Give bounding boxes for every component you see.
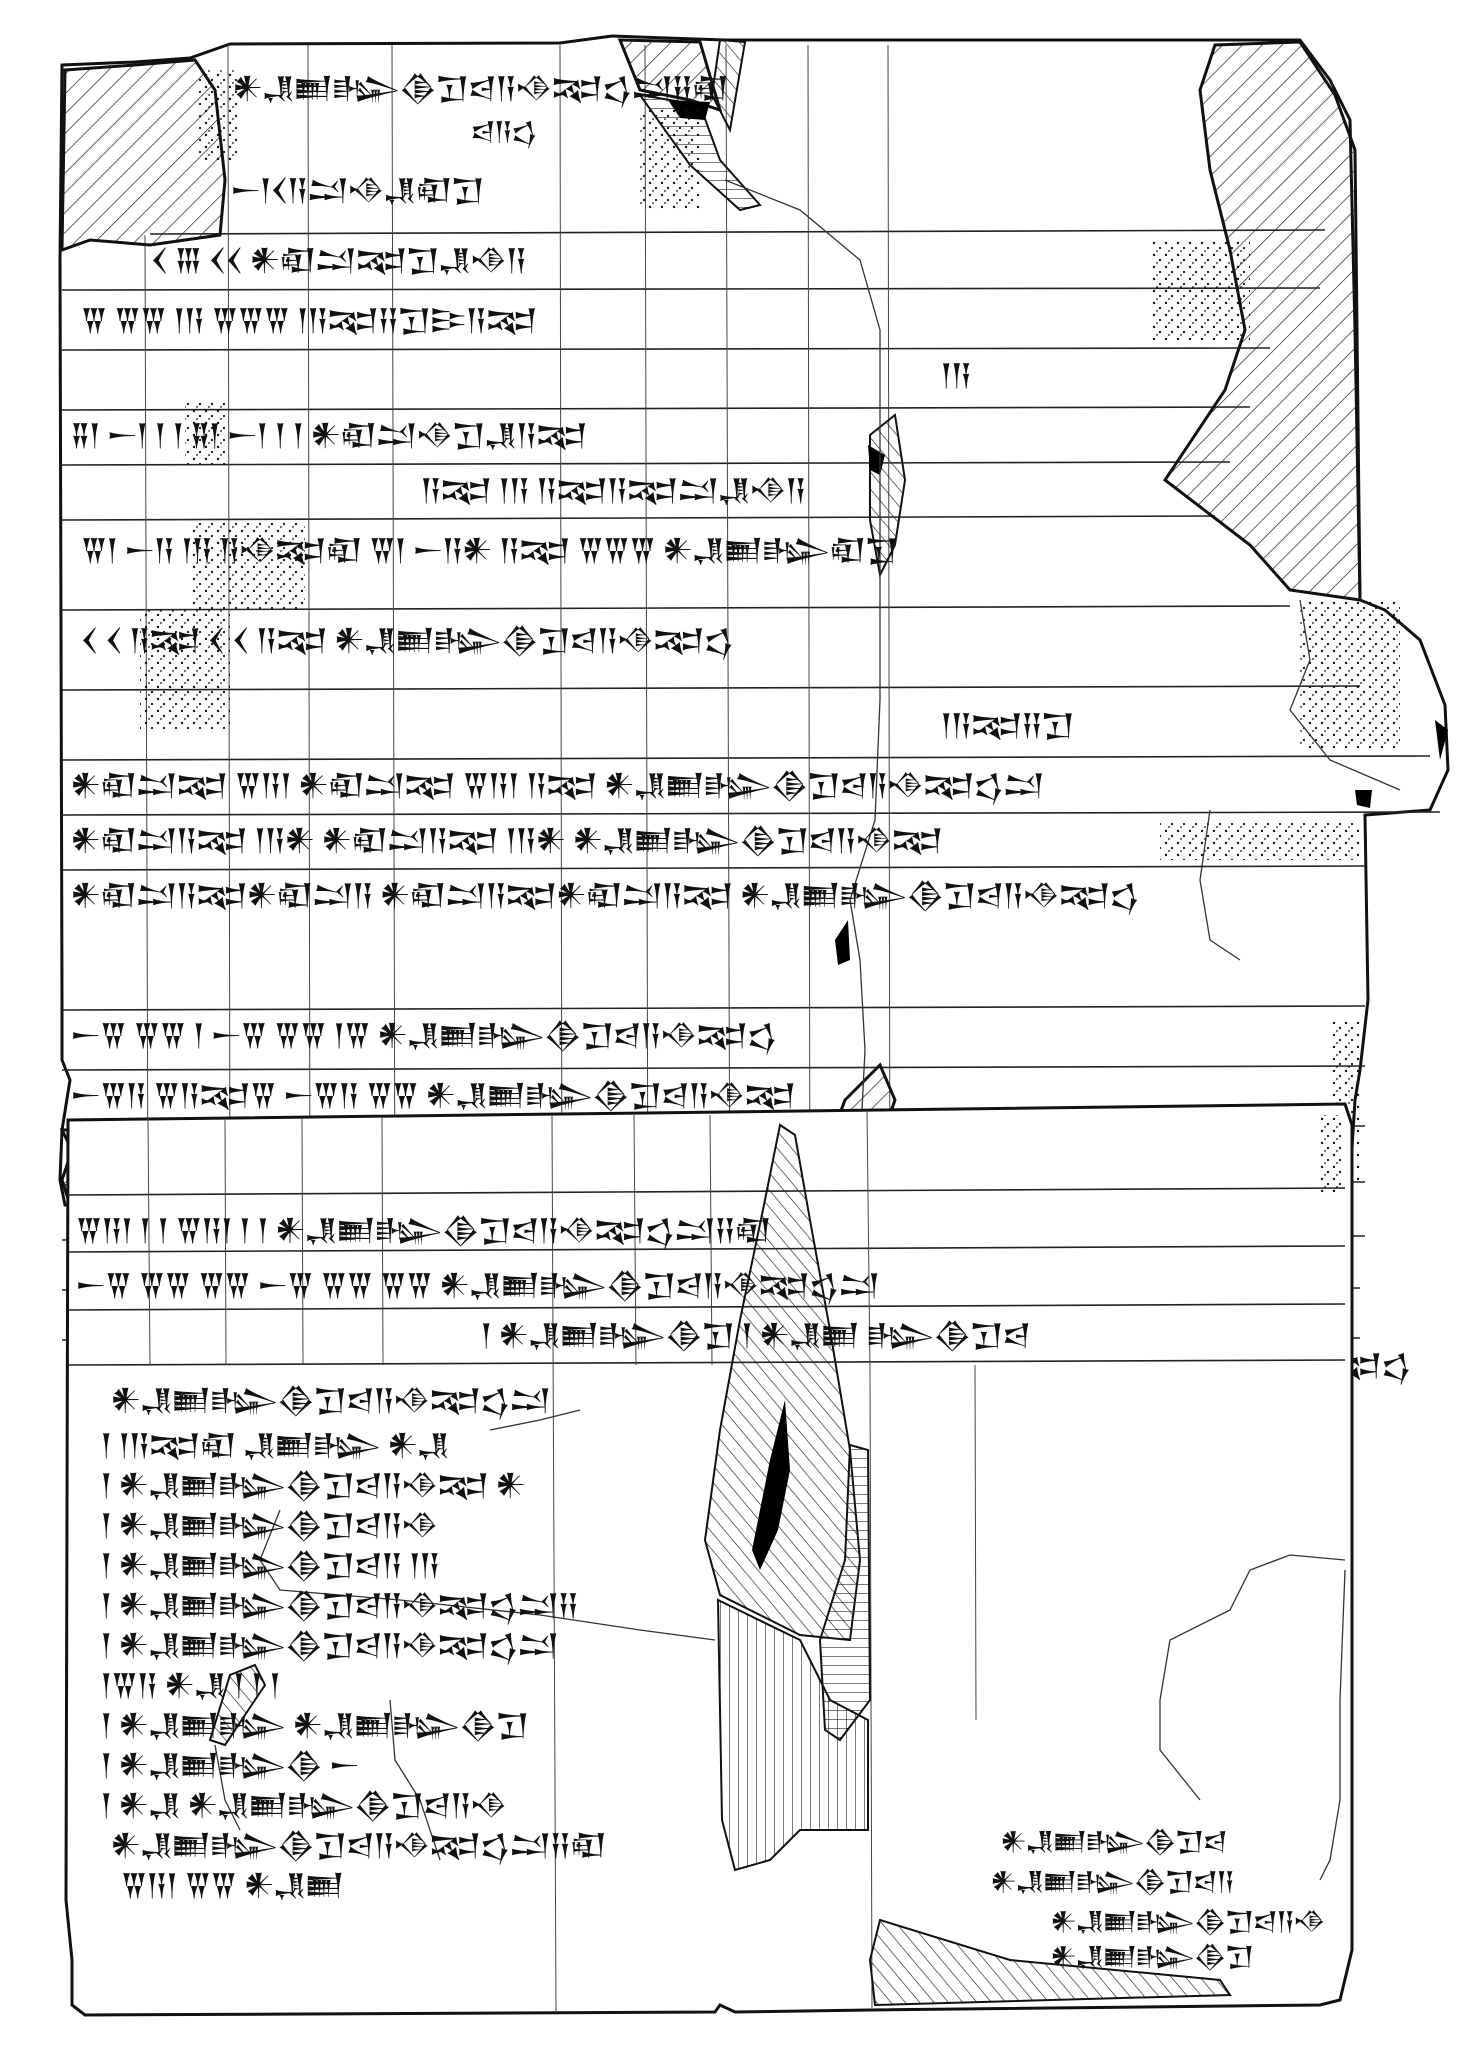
- obverse-line-6: 𒁹𒀀: [940, 358, 970, 393]
- reverse-line-4: 𒀭𒂗𒆤𒈗𒆠𒋛𒁀𒀀𒈾𒉈𒌓𒁺: [110, 1383, 549, 1420]
- reverse-line-11: 𒁹𒐊𒀀 𒀭𒂗 𒁹 𒁹 𒁹: [100, 1668, 279, 1703]
- obverse-line-1: 𒀭𒂗𒆤𒈗𒆠𒋛𒁀𒀀𒈾𒉈𒌓𒁺𒍝𒊏: [232, 71, 727, 108]
- tablet-drawing: 𒀭𒂗𒆤𒈗𒆠𒋛𒁀𒀀𒈾𒉈𒌓𒁺𒍝𒊏 𒁀𒀀𒌓 𒀸𒁹𒌋𒀀𒁺𒈾𒂗𒊏𒋛 𒌋 𒐋 𒌋𒌋 𒀭𒊏𒁺𒉈…: [0, 0, 1478, 2064]
- reverse-line-1: 𒐊𒀀𒁹 𒁹 𒁹 𒐊𒀀𒁹 𒁹 𒁹 𒀭𒂗𒆤𒈗𒆠𒋛𒁀𒀀𒈾𒉈𒌓𒁺𒍝𒊏: [75, 1213, 770, 1250]
- reverse-line-8: 𒁹 𒀭𒂗𒆤𒈗𒆠𒋛𒁀𒀀 𒁹𒀀: [100, 1548, 439, 1583]
- reverse-line-12: 𒁹 𒀭𒂗𒆤𒈗 𒀭𒂗𒆤𒈗𒆠𒋛: [100, 1708, 527, 1743]
- reverse-line-9: 𒁹 𒀭𒂗𒆤𒈗𒆠𒋛𒁀𒀀𒈾𒉈𒌓𒁺𒍝: [100, 1588, 577, 1625]
- reverse-line-6: 𒁹 𒀭𒂗𒆤𒈗𒆠𒋛𒁀𒀀𒈾𒉈 𒀭: [100, 1468, 524, 1503]
- obverse-line-14: 𒀭𒊏𒁺𒀀𒉈𒀭𒊏𒁺𒀀 𒀭𒊏𒁺𒀀𒉈𒀭𒊏𒁺𒀀𒉈 𒀭𒂗𒆤𒈗𒆠𒋛𒁀𒀀𒈾𒉈𒌓: [70, 878, 1138, 915]
- obverse-line-4: 𒌋 𒐋 𒌋𒌋 𒀭𒊏𒁺𒉈𒋛𒂗𒈾𒀀: [150, 243, 525, 278]
- obverse-line-15: 𒀸𒐊 𒐊𒐊 𒁹 𒀸𒐊 𒐊𒐊 𒁹𒐊 𒀭𒂗𒆤𒈗𒆠𒋛𒁀𒀀𒈾𒉈𒌓: [70, 1018, 776, 1055]
- stipple-7: [1160, 820, 1360, 860]
- obverse-line-9: 𒐊𒁹 𒀸𒀀 𒁹𒀀 𒀀𒈾𒉈𒊏 𒐊𒁹 𒀸𒀀𒀭 𒀀𒉈 𒐊𒐊𒐊 𒀭𒂗𒆤𒈗𒊏𒋛: [80, 533, 897, 568]
- obverse-line-10: 𒌋 𒌋 𒀀𒉈 𒌋 𒌋 𒀀𒉈 𒀭𒂗𒆤𒈗𒆠𒋛𒁀𒀀𒈾𒉈𒌓: [80, 623, 733, 660]
- stipple-8: [1150, 240, 1250, 340]
- obverse-line-8: 𒀀𒉈 𒁹𒀀 𒀀𒉈𒀀𒉈𒁺𒂗𒈾𒀀: [420, 473, 805, 508]
- stipple-6: [1300, 600, 1400, 750]
- obverse-line-11: 𒁹𒀀𒉈𒍝𒋛: [940, 708, 1073, 743]
- stipple-2: [640, 110, 700, 210]
- reverse-line-14: 𒁹 𒀭𒂗 𒀭𒂗𒆤𒈗𒆠𒋛𒁀𒀀𒈾: [100, 1788, 506, 1823]
- reverse-line-19: 𒀭𒂗𒆤𒈗𒆠𒋛𒁀𒀀𒈾: [1050, 1907, 1324, 1937]
- reverse-line-13: 𒁹 𒀭𒂗𒆤𒈗𒆠 𒀸: [100, 1748, 358, 1783]
- reverse-line-16: 𒐊𒀀𒁹 𒐊𒐊 𒀭𒂗𒆤: [120, 1868, 343, 1903]
- reverse-line-10: 𒁹 𒀭𒂗𒆤𒈗𒆠𒋛𒁀𒀀𒈾𒉈𒌓𒁺: [100, 1628, 557, 1665]
- obverse-line-7: 𒐉𒁹 𒀸𒁹 𒁹 𒁹 𒐉𒁹 𒀸𒁹 𒁹 𒁹 𒀭𒊏𒁺𒈾𒋛𒂗𒀀𒉈: [70, 418, 586, 453]
- reverse-line-18: 𒀭𒂗𒆤𒈗𒆠𒋛𒁀𒀀: [990, 1867, 1233, 1897]
- reverse-line-2: 𒀸𒐊 𒐊𒐊 𒐊𒐊 𒀸𒐊 𒐊𒐊 𒐊𒐊 𒀭𒂗𒆤𒈗𒆠𒋛𒁀𒀀𒈾𒉈𒌓𒁺: [75, 1268, 878, 1305]
- reverse-line-20: 𒀭𒂗𒆤𒈗𒆠𒋛: [1050, 1942, 1252, 1972]
- obverse-line-5: 𒐊 𒐊𒐊 𒁹𒀀 𒐊𒐊𒐊 𒁹𒀀𒉈𒍝𒋛𒄿𒀀𒉈: [80, 303, 536, 338]
- reverse-tablet: 𒐊𒀀𒁹 𒁹 𒁹 𒐊𒀀𒁹 𒁹 𒁹 𒀭𒂗𒆤𒈗𒆠𒋛𒁀𒀀𒈾𒉈𒌓𒁺𒍝𒊏 𒀸𒐊 𒐊𒐊 𒐊𒐊 …: [66, 1104, 1352, 2015]
- obverse-line-3: 𒀸𒁹𒌋𒀀𒁺𒈾𒂗𒊏𒋛: [230, 173, 483, 208]
- obverse-line-16: 𒀸𒐊𒀀 𒐊𒀀𒉈𒐊 𒀸𒐊𒀀 𒐊𒐊 𒀭𒂗𒆤𒈗𒆠𒋛𒁀𒀀𒈾𒉈: [70, 1078, 794, 1113]
- reverse-line-5: 𒁹 𒁹𒀀𒉈𒊏 𒂗𒆤𒈗 𒀭𒂗: [100, 1428, 448, 1463]
- reverse-line-17: 𒀭𒂗𒆤𒈗𒆠𒋛𒁀: [1000, 1827, 1226, 1857]
- reverse-line-15: 𒀭𒂗𒆤𒈗𒆠𒋛𒁀𒀀𒈾𒉈𒌓𒁺𒍝𒊏: [110, 1828, 605, 1865]
- obverse-line-2: 𒁀𒀀𒌓: [470, 117, 536, 149]
- reverse-line-3: 𒁹 𒀭𒂗𒆤𒈗𒆠𒋛 𒁹 𒀭𒂗𒆤 𒈗𒆠𒋛𒁀: [480, 1318, 1029, 1353]
- obverse-line-13: 𒀭𒊏𒁺𒀀𒉈 𒁹𒀀𒀭 𒀭𒊏𒁺𒀀𒉈 𒁹𒀀𒀭 𒀭𒂗𒆤𒈗𒆠𒋛𒁀𒀀𒈾𒉈: [70, 823, 942, 858]
- reverse-line-7: 𒁹 𒀭𒂗𒆤𒈗𒆠𒋛𒁀𒀀𒈾: [100, 1508, 437, 1543]
- stipple-reverse-1: [1320, 1115, 1345, 1195]
- obverse-line-12: 𒀭𒊏𒁺𒉈 𒐊𒀀𒁹 𒀭𒊏𒁺𒉈 𒐊𒀀𒁹 𒀀𒉈 𒀭𒂗𒆤𒈗𒆠𒋛𒁀𒀀𒈾𒉈𒌓𒁺: [70, 768, 1043, 805]
